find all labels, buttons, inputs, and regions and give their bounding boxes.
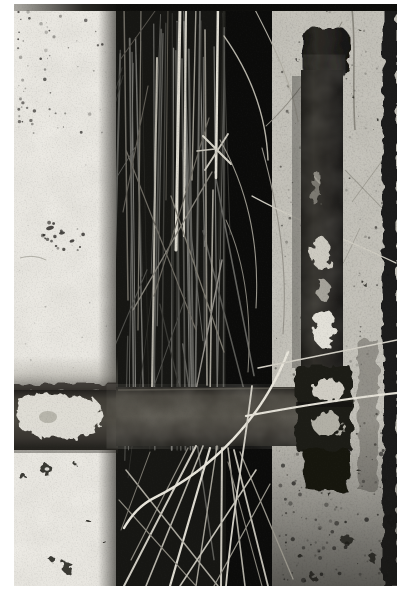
photograph	[0, 0, 409, 600]
photo-scene	[0, 0, 409, 600]
photo-grain	[14, 4, 397, 586]
page	[0, 0, 409, 600]
